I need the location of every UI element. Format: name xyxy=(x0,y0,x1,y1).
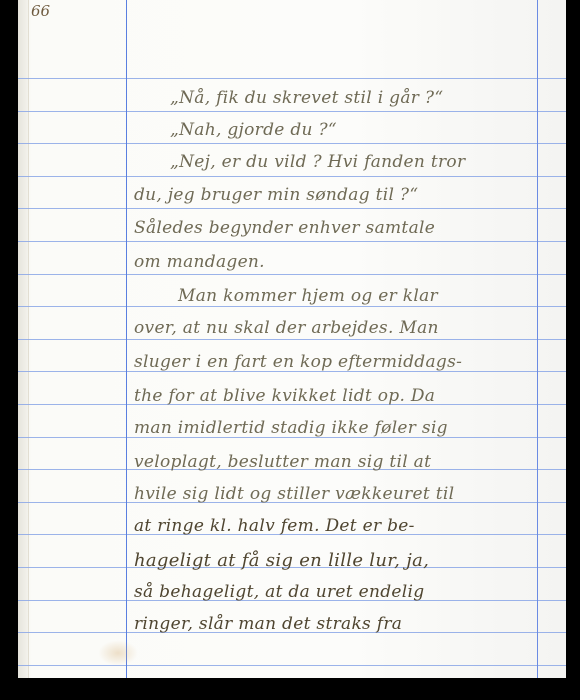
rule-line xyxy=(18,176,566,177)
handwritten-line: „Nej, er du vild ? Hvi fanden tror xyxy=(170,152,465,172)
paper-stain xyxy=(98,640,138,666)
rule-line xyxy=(18,111,566,112)
rule-line xyxy=(18,241,566,242)
handwritten-line: du, jeg bruger min søndag til ?“ xyxy=(134,185,418,205)
handwritten-line: hageligt at få sig en lille lur, ja, xyxy=(134,550,429,571)
rule-line xyxy=(18,208,566,209)
handwritten-line: the for at blive kvikket lidt op. Da xyxy=(134,386,435,406)
rule-line xyxy=(18,143,566,144)
right-margin-line xyxy=(537,0,538,678)
handwritten-line: veloplagt, beslutter man sig til at xyxy=(134,452,431,472)
left-margin-line xyxy=(126,0,127,678)
handwritten-line: hvile sig lidt og stiller vækkeuret til xyxy=(134,484,454,504)
handwritten-line: Således begynder enhver samtale xyxy=(134,218,435,238)
rule-line xyxy=(18,78,566,79)
handwritten-line: at ringe kl. halv fem. Det er be- xyxy=(134,516,415,536)
handwritten-line: man imidlertid stadig ikke føler sig xyxy=(134,418,448,438)
handwritten-line: „Nah, gjorde du ?“ xyxy=(170,120,337,140)
handwritten-line: om mandagen. xyxy=(134,252,265,272)
rule-line xyxy=(18,274,566,275)
handwritten-line: så behageligt, at da uret endelig xyxy=(134,582,424,602)
handwritten-line: over, at nu skal der arbejdes. Man xyxy=(134,318,439,338)
handwritten-line: ringer, slår man det straks fra xyxy=(134,614,402,634)
handwritten-line: Man kommer hjem og er klar xyxy=(178,286,438,306)
handwritten-line: sluger i en fart en kop eftermiddags- xyxy=(134,352,462,372)
rule-line xyxy=(18,339,566,340)
handwritten-line: „Nå, fik du skrevet stil i går ?“ xyxy=(170,88,443,108)
notebook-page: 66 „Nå, fik du skrevet stil i går ?“ „Na… xyxy=(18,0,566,678)
page-number: 66 xyxy=(31,2,50,20)
rule-line xyxy=(18,306,566,307)
